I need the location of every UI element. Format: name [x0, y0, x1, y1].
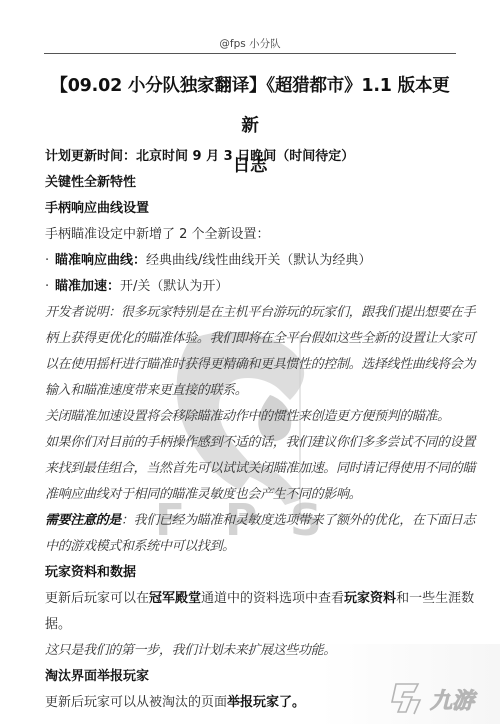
report-text: 更新后玩家可以从被淘汰的页面	[45, 695, 227, 710]
report-player-term: 举报玩家了。	[227, 695, 305, 710]
bullet-item-aim-response-curve: ·瞄准响应曲线：经典曲线/线性曲线开关（默认为经典）	[45, 248, 450, 274]
profile-paragraph-line-2: 据。	[45, 612, 450, 638]
jiuyou-logo-icon: 九游	[388, 678, 498, 718]
dev-note-line: 准响应曲线对于相同的瞄准灵敏度也会产生不同的影响。	[45, 482, 450, 508]
hall-of-champions-term: 冠军殿堂	[149, 591, 201, 606]
bullet-dot-icon: ·	[45, 274, 55, 300]
dev-note-line: 如果你们对目前的手柄操作感到不适的话，我们建议你们多多尝试不同的设置	[45, 430, 450, 456]
dev-note-line: 开发者说明：很多玩家特别是在主机平台游玩的玩家们，跟我们提出想要在手	[45, 300, 450, 326]
dev-note-line: 以在使用摇杆进行瞄准时获得更精确和更具惯性的控制。选择线性曲线将会为	[45, 352, 450, 378]
dev-note-line: 来找到最佳组合，当然首先可以试试关闭瞄准加速。同时请记得使用不同的瞄	[45, 456, 450, 482]
running-header: @fps 小分队	[44, 37, 456, 51]
bullet-value: 开/关（默认为开）	[120, 279, 228, 294]
dev-note-line: 输入和瞄准速度带来更直接的联系。	[45, 378, 450, 404]
update-schedule: 计划更新时间：北京时间 9 月 3 日晚间（时间待定）	[45, 144, 450, 170]
player-profile-term: 玩家资料	[344, 591, 396, 606]
bullet-label: 瞄准加速：	[55, 279, 120, 294]
title-line-1: 【09.02 小分队独家翻译】《超猎都市》1.1 版本更新	[44, 66, 456, 146]
section-heading-player-profile: 玩家资料和数据	[45, 560, 450, 586]
controller-settings-intro: 手柄瞄准设定中新增了 2 个全新设置：	[45, 222, 450, 248]
section-heading-key-features: 关键性全新特性	[45, 170, 450, 196]
subsection-heading-controller-curve: 手柄响应曲线设置	[45, 196, 450, 222]
profile-text: 更新后玩家可以在	[45, 591, 149, 606]
attention-label: 需要注意的是	[45, 513, 121, 528]
document-body: 计划更新时间：北京时间 9 月 3 日晚间（时间待定） 关键性全新特性 手柄响应…	[45, 144, 450, 716]
document-page: F P S @fps 小分队 【09.02 小分队独家翻译】《超猎都市》1.1 …	[0, 0, 500, 724]
bullet-label: 瞄准响应曲线：	[55, 253, 146, 268]
profile-paragraph-line-1: 更新后玩家可以在冠军殿堂通道中的资料选项中查看玩家资料和一些生涯数	[45, 586, 450, 612]
attention-note-line-2: 中的游戏模式和系统中可以找到。	[45, 534, 450, 560]
bullet-item-aim-acceleration: ·瞄准加速：开/关（默认为开）	[45, 274, 450, 300]
dev-note-line: 柄上获得更优化的瞄准体验。我们即将在全平台假如这些全新的设置让大家可	[45, 326, 450, 352]
attention-note-line-1: 需要注意的是：我们已经为瞄准和灵敏度选项带来了额外的优化，在下面日志	[45, 508, 450, 534]
attention-text: ：我们已经为瞄准和灵敏度选项带来了额外的优化，在下面日志	[121, 513, 475, 528]
bullet-dot-icon: ·	[45, 248, 55, 274]
dev-note-line: 关闭瞄准加速设置将会移除瞄准动作中的惯性来创造更方便预判的瞄准。	[45, 404, 450, 430]
profile-text: 通道中的资料选项中查看	[201, 591, 344, 606]
brand-logo-text: 九游	[430, 689, 478, 714]
bullet-value: 经典曲线/线性曲线开关（默认为经典）	[146, 253, 371, 268]
profile-text: 和一些生涯数	[396, 591, 474, 606]
header-divider	[44, 53, 456, 54]
